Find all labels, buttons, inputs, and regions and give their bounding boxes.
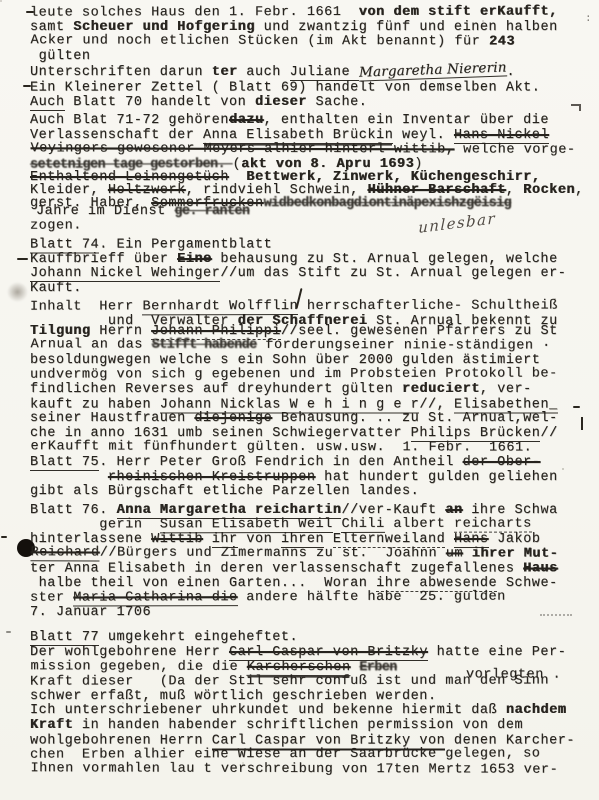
bold-strike-text: Haus	[523, 562, 558, 577]
doc-line: gülten	[30, 50, 595, 65]
strike-text: der Ober-	[463, 455, 541, 470]
doc-line: Blatt 77 umgekehrt eingeheftet.	[30, 631, 595, 646]
text-run: erKaufft mit fünfhundert gülten. usw.usw…	[30, 440, 532, 456]
text-run: //,	[419, 397, 454, 412]
text-run	[30, 470, 108, 485]
text-run: ihre Schwa	[463, 503, 558, 518]
text-run: forderungseiner ninie-ständigen ·	[257, 338, 551, 354]
smear-text: ge. ranten	[174, 204, 249, 219]
underline-text: Johann Nicklas W e h i n g e r	[160, 397, 420, 413]
smear-text: Stifft habende	[152, 338, 257, 353]
text-run: .	[507, 65, 516, 80]
doc-line: Ich unterschriebener uhrkundet und beken…	[30, 704, 595, 719]
doc-line: Johann Nickel Wehinger//um das Stift zu …	[30, 267, 595, 282]
strike-text: rheinischen Kreistruppen	[108, 470, 316, 485]
underline-text: Chili	[341, 517, 384, 533]
bold-text: Scheuer und Hofgering	[73, 20, 255, 35]
text-run: weyl.	[393, 128, 454, 143]
text-run: 7. Januar 1706	[30, 605, 151, 620]
text-run: seiner Haustfrauen	[30, 411, 194, 426]
text-run: . Herr Peter Groß Fendrich in den Anthei…	[99, 455, 462, 470]
doc-line: kauft zu haben Johann Nicklas W e h i n …	[30, 398, 595, 413]
text-run: Behausung. .. zu St. Arnual,wel-	[272, 411, 558, 426]
doc-line: ter Anna Elisabeth in deren verlassensch…	[30, 563, 595, 578]
underline-text: Blatt 74	[30, 238, 99, 254]
text-run: Acker und noch etlichen Stücken (im Akt …	[30, 33, 489, 49]
underline-text: Elisabethen_	[454, 397, 558, 413]
underline-text: Susan Elisabeth Weil	[160, 517, 333, 533]
underline-strike-text: Carl Caspar von Britzky	[229, 645, 428, 661]
text-run: Herrn	[91, 324, 152, 339]
text-run: , enthalten ein Inventar über die	[264, 113, 550, 128]
bold-strike-text: dazu	[229, 113, 264, 128]
strike-text: Veyingers gewesener Meyers alhier hinter…	[30, 142, 454, 158]
text-run: leute solches Haus den 1. Febr. 1661	[30, 5, 359, 21]
text-run: gerin	[30, 518, 160, 533]
doc-line: Reichard//Bürgers und Zimermanns zu st. …	[30, 547, 595, 563]
text-run: herrschafterliche- Schultheiß	[298, 299, 558, 315]
text-run: von	[238, 532, 281, 547]
text-run: //um das Stift zu St. Arnual gelegen er-	[220, 266, 566, 281]
text-run: Der wohlgebohrene Herr	[30, 645, 229, 660]
document-lines: leute solches Haus den 1. Febr. 1661 von…	[30, 6, 595, 777]
doc-line: ster Maria Catharina die andere hälfte h…	[30, 591, 595, 607]
doc-line: Ihnen vormahlen lau t verschreibung von …	[30, 762, 595, 778]
text-run: andere hälfte habe 25. gulden	[238, 590, 506, 606]
smear-text: widbedkonbagdiontinäpexishzgëisig	[264, 196, 512, 211]
doc-line: schwer erfaßt, muß wörtlich geschrieben …	[30, 690, 595, 705]
underline-text: Bernhardt Wolfflin	[142, 299, 298, 315]
text-run: //Bürgers und Zimermanns zu st. Joahnn	[100, 546, 446, 562]
doc-line: zogen.	[30, 219, 595, 235]
scanned-typewritten-page: { "page": {"background": "#f7f6f1", "ink…	[0, 0, 599, 800]
strike-text: diejenige	[194, 411, 272, 426]
doc-line: gibt als Bürgschaft etliche Parzellen la…	[30, 485, 595, 500]
text-run: . Ein Pergamentblatt	[99, 238, 272, 253]
text-run: besoldungwegen welche s ein Sohn über 20…	[30, 353, 540, 368]
bold-text: nachdem	[506, 703, 567, 718]
text-run: hat hundert gulden geliehen	[316, 470, 558, 485]
text-run: //ver-Kauft	[341, 503, 445, 518]
text-run: undvermög von sich g egebenen und im Pro…	[30, 367, 558, 383]
doc-line: Auch Blatt 70 handelt von dieser Sache.	[30, 96, 595, 111]
text-run: halbe theil von einen Garten... Woran	[30, 576, 376, 591]
text-run: hatte eine Per-	[428, 645, 566, 660]
doc-line: leute solches Haus den 1. Febr. 1661 von…	[30, 5, 595, 21]
underline-handwritten-text: Margaretha Niererin	[359, 61, 507, 82]
doc-line: Arnual an das Stifft habende forderungse…	[30, 338, 595, 354]
text-run: Kauffbrieff über	[30, 252, 177, 267]
text-run: Auch Blat 71-72 gehören	[30, 113, 229, 128]
text-run: Sache.	[307, 95, 368, 110]
bold-text: ter	[212, 65, 238, 80]
underline-strike-text: Reichard	[30, 546, 99, 562]
text-run: ster	[30, 591, 73, 606]
bold-strike-text: Eine	[177, 252, 212, 267]
text-run: chen Erben alhier eine Wiese an der Saar…	[30, 747, 540, 763]
text-run: welche vorge-	[454, 143, 575, 158]
text-run: Arnual an das	[30, 337, 151, 352]
text-run: in handen habender schriftlichen permiss…	[73, 718, 523, 733]
text-run: wohlgebohrenen Herrn	[30, 733, 212, 748]
text-run: Ein Kleinerer Zettel ( Blatt 69) handelt…	[30, 80, 540, 95]
text-run: Ich unterschriebener uhrkundet und beken…	[30, 703, 506, 718]
text-run: (	[233, 157, 242, 172]
doc-line: Auch Blat 71-72 gehörendazu, enthalten e…	[30, 114, 595, 129]
strike-text: um	[446, 547, 463, 562]
underline-text: Juliane	[290, 65, 359, 81]
text-run	[445, 532, 454, 547]
doc-line: Kraft dieser (Da der Stil sehr confuß is…	[30, 675, 595, 691]
text-run	[351, 660, 360, 675]
text-run: und zwantzig fünf und einen halben	[255, 20, 558, 35]
smear-text: setetnigen tage gestorben.	[30, 157, 233, 172]
doc-line: Kauffbrieff über Eine behausung zu St. A…	[30, 253, 595, 268]
text-run: ,	[575, 183, 584, 198]
doc-line: undvermög von sich g egebenen und im Pro…	[30, 368, 595, 384]
doc-line: rheinischen Kreistruppen hat hundert gul…	[30, 471, 595, 486]
text-run: gülten	[30, 49, 91, 64]
doc-line: Kauft.	[30, 282, 595, 297]
bold-text: von dem stift erKaufft,	[359, 4, 558, 19]
underline-strike-text: Hans Nickel	[454, 128, 549, 144]
doc-line: 7. Januar 1706	[30, 606, 595, 621]
bold-text: Rocken	[523, 183, 575, 198]
text-run: mission gegeben, die die	[30, 659, 246, 675]
text-run	[203, 532, 212, 547]
text-run: ter Anna Elisabeth in deren verlassensch…	[30, 562, 523, 577]
underline-strike-text: Maria Catharina die	[73, 590, 237, 606]
text-run: //	[540, 426, 557, 441]
text-run: kauft zu haben	[30, 397, 160, 412]
text-run: behausung zu St. Arnual gelegen, welche	[212, 252, 558, 267]
text-run: //seel. gewesenen Pfarrers zu St	[281, 324, 558, 339]
text-run: Kraft dieser (Da der Stil sehr confuß is…	[30, 674, 549, 690]
dashed-underline-text: reicharts	[454, 517, 532, 533]
bold-text: reduciert	[402, 382, 480, 397]
bold-text: 243	[489, 35, 515, 50]
text-run: Jahre im Dienst	[36, 204, 174, 219]
doc-line: Blatt 75. Herr Peter Groß Fendrich in de…	[30, 456, 595, 471]
text-run: zogen.	[30, 219, 82, 234]
doc-line: setetnigen tage gestorben. (akt von 8. A…	[30, 157, 595, 173]
text-run	[324, 532, 333, 547]
text-run	[463, 547, 472, 562]
document-page: leute solches Haus den 1. Febr. 1661 von…	[0, 0, 599, 800]
text-run: Ihnen vormahlen lau t verschreibung von …	[30, 761, 558, 777]
doc-line: Ein Kleinerer Zettel ( Blatt 69) handelt…	[30, 81, 595, 96]
underline-text: Blatt 75	[30, 455, 99, 471]
text-run: Unterschriften darun	[30, 65, 212, 80]
bold-text: ihrer Mut-	[472, 547, 559, 562]
text-run: Kauft.	[30, 281, 82, 296]
text-run: gibt als Bürgschaft etliche Parzellen la…	[30, 484, 419, 499]
text-run: albert	[385, 517, 454, 532]
doc-line: Unterschriften darun ter auch Juliane Ma…	[30, 64, 595, 81]
doc-line: Kraft in handen habender schriftlichen p…	[30, 719, 595, 734]
underline-text: Johann Nickel Wehinger	[30, 266, 220, 282]
underline-text: Blatt 77	[30, 630, 99, 646]
bold-text: dieser	[255, 95, 307, 110]
text-run: Blatt 70 handelt von	[65, 95, 255, 110]
text-run: schwer erfaßt, muß wörtlich geschrieben …	[30, 689, 437, 704]
doc-line: Blatt 74. Ein Pergamentblatt	[30, 239, 595, 254]
text-run: Blatt 76.	[30, 503, 117, 518]
doc-line: seiner Haustfrauen diejenige Behausung. …	[30, 412, 595, 427]
text-run: findlichen Reverses auf dreyhundert gült…	[30, 382, 402, 397]
text-run: umgekehrt eingeheftet.	[99, 630, 298, 645]
bold-text: Kraft	[30, 718, 73, 733]
doc-line: gerin Susan Elisabeth Weil Chili albert …	[30, 518, 595, 534]
doc-line: Acker und noch etlichen Stücken (im Akt …	[30, 34, 595, 50]
doc-line: findlichen Reverses auf dreyhundert gült…	[30, 383, 595, 398]
underline-text: Auch	[30, 95, 65, 111]
smear-text: Erben	[359, 660, 397, 675]
bold-text: akt von 8. Apru 1693	[241, 157, 414, 172]
text-run: , ver-	[480, 382, 532, 397]
doc-line: erKaufft mit fünfhundert gülten. usw.usw…	[30, 441, 595, 457]
doc-line: Inhalt Herr Bernhardt Wolfflin herrschaf…	[30, 300, 595, 316]
text-run: auch	[238, 65, 290, 80]
text-run: )	[414, 157, 423, 172]
text-run: Schwe-	[497, 576, 558, 591]
doc-line: Der wohlgebohrene Herr Carl Caspar von B…	[30, 646, 595, 661]
text-run: Jakob	[489, 532, 541, 547]
bold-strike-text: an	[445, 503, 462, 518]
text-run: Inhalt Herr	[30, 300, 142, 315]
